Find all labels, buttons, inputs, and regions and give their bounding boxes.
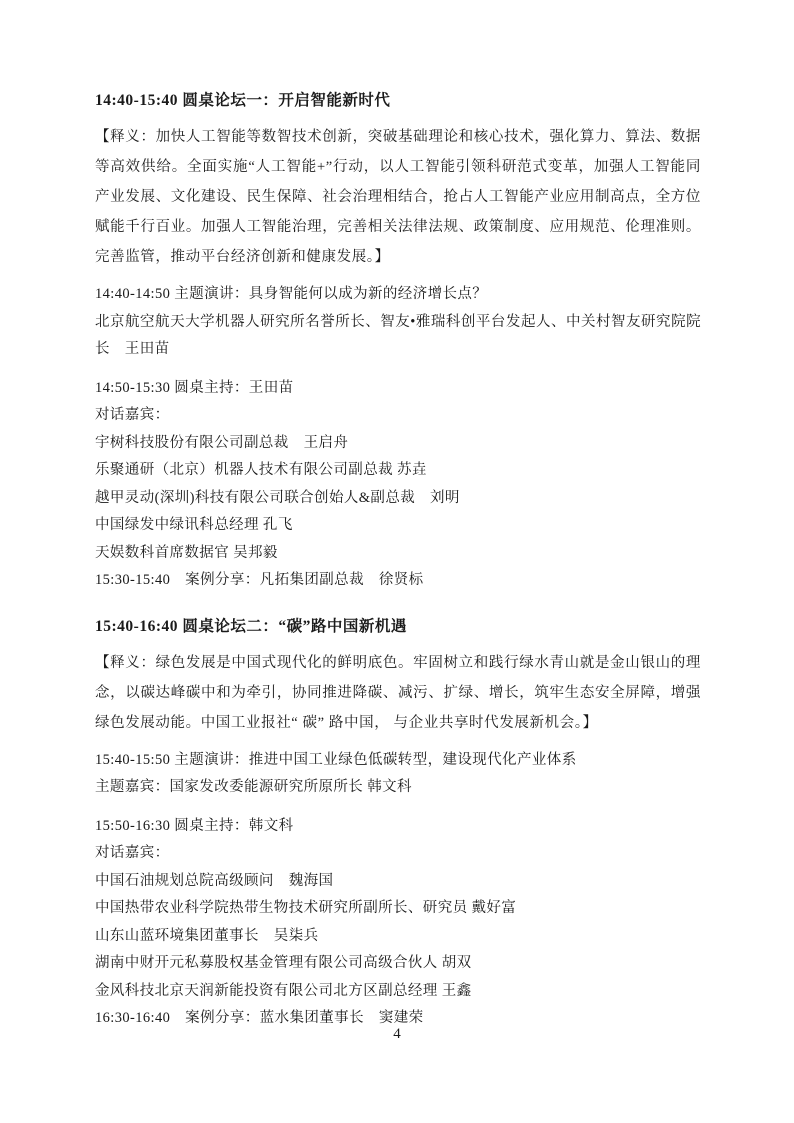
agenda-line-roundtable-host: 15:50-16:30 圆桌主持：韩文科 bbox=[95, 813, 701, 841]
agenda-line-guest: 宇树科技股份有限公司副总裁 王启舟 bbox=[95, 430, 701, 458]
page-number: 4 bbox=[0, 1026, 794, 1043]
agenda-line-guest: 中国热带农业科学院热带生物技术研究所副所长、研究员 戴好富 bbox=[95, 895, 701, 923]
agenda-line-guests-label: 对话嘉宾： bbox=[95, 840, 701, 868]
session-block-1: 14:40-15:40 圆桌论坛一：开启智能新时代 【释义：加快人工智能等数智技… bbox=[95, 90, 701, 595]
agenda-line-keynote-time: 15:40-15:50 主题演讲：推进中国工业绿色低碳转型，建设现代化产业体系 bbox=[95, 747, 701, 775]
agenda-line-guest: 中国绿发中绿讯科总经理 孔飞 bbox=[95, 512, 701, 540]
session-2-heading: 15:40-16:40 圆桌论坛二：“碳”路中国新机遇 bbox=[95, 616, 701, 638]
session-2-description: 【释义：绿色发展是中国式现代化的鲜明底色。牢固树立和践行绿水青山就是金山银山的理… bbox=[95, 648, 701, 738]
document-page: 14:40-15:40 圆桌论坛一：开启智能新时代 【释义：加快人工智能等数智技… bbox=[0, 0, 794, 1123]
agenda-line-guest: 越甲灵动(深圳)科技有限公司联合创始人&副总裁 刘明 bbox=[95, 485, 701, 513]
agenda-line-guest: 中国石油规划总院高级顾问 魏海国 bbox=[95, 868, 701, 896]
session-block-2: 15:40-16:40 圆桌论坛二：“碳”路中国新机遇 【释义：绿色发展是中国式… bbox=[95, 616, 701, 1033]
session-1-description: 【释义：加快人工智能等数智技术创新，突破基础理论和核心技术，强化算力、算法、数据… bbox=[95, 122, 701, 272]
agenda-line-keynote-time: 14:40-14:50 主题演讲：具身智能何以成为新的经济增长点？ bbox=[95, 281, 701, 309]
agenda-line-guest: 湖南中财开元私募股权基金管理有限公司高级合伙人 胡双 bbox=[95, 950, 701, 978]
agenda-line-guest: 山东山蓝环境集团董事长 吴柒兵 bbox=[95, 923, 701, 951]
agenda-line-guest: 天娱数科首席数据官 吴邦毅 bbox=[95, 540, 701, 568]
session-1-heading: 14:40-15:40 圆桌论坛一：开启智能新时代 bbox=[95, 90, 701, 112]
agenda-line-roundtable-host: 14:50-15:30 圆桌主持：王田苗 bbox=[95, 375, 701, 403]
agenda-line-guests-label: 对话嘉宾： bbox=[95, 402, 701, 430]
agenda-line-case-share: 15:30-15:40 案例分享：凡拓集团副总裁 徐贤标 bbox=[95, 567, 701, 595]
agenda-line-keynote-speaker: 北京航空航天大学机器人研究所名誉所长、智友•雅瑞科创平台发起人、中关村智友研究院… bbox=[95, 309, 701, 364]
agenda-line-guest: 乐聚通研（北京）机器人技术有限公司副总裁 苏垚 bbox=[95, 457, 701, 485]
agenda-line-guest: 金风科技北京天润新能投资有限公司北方区副总经理 王鑫 bbox=[95, 978, 701, 1006]
agenda-line-keynote-speaker: 主题嘉宾：国家发改委能源研究所原所长 韩文科 bbox=[95, 774, 701, 802]
